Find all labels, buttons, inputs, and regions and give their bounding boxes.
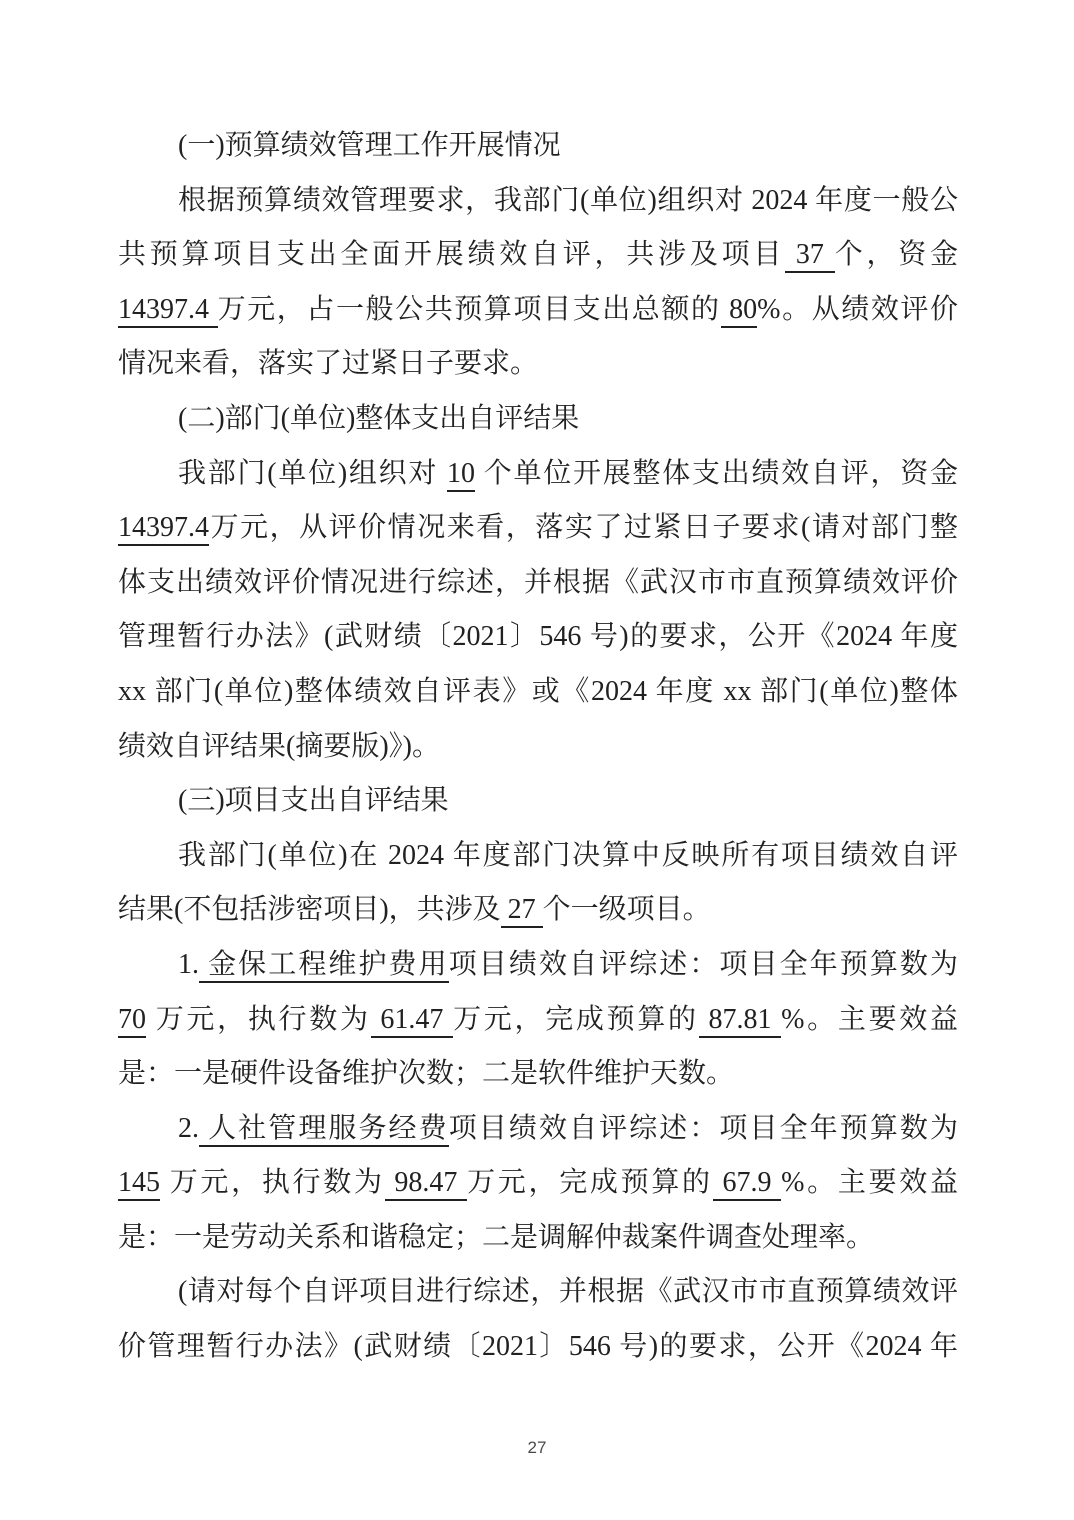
- text-line: 根据预算绩效管理要求，我部门(单位)组织对 2024 年度一般公: [118, 174, 958, 229]
- text-line: (三)项目支出自评结果: [118, 774, 958, 829]
- text-run: 是：一是硬件设备维护次数；二是软件维护天数。: [118, 1058, 734, 1089]
- text-line: (请对每个自评项目进行综述，并根据《武汉市市直预算绩效评: [118, 1265, 958, 1320]
- text-line: 体支出绩效评价情况进行综述，并根据《武汉市市直预算绩效评价: [118, 556, 958, 611]
- text-run: 结果(不包括涉密项目)，共涉及: [118, 894, 501, 925]
- underlined-value: 27: [501, 894, 543, 928]
- text-run: 2.: [178, 1113, 199, 1144]
- text-run: 万元，完成预算的: [453, 1004, 699, 1035]
- text-line: 绩效自评结果(摘要版)》)。: [118, 720, 958, 775]
- underlined-value: 67.9: [713, 1167, 781, 1201]
- text-run: %。从绩效评价: [757, 294, 958, 325]
- text-line: 70 万元，执行数为 61.47 万元，完成预算的 87.81 %。主要效益: [118, 993, 958, 1048]
- text-line: 145 万元，执行数为 98.47 万元，完成预算的 67.9 %。主要效益: [118, 1156, 958, 1211]
- text-line: 价管理暂行办法》(武财绩〔2021〕546 号)的要求，公开《2024 年: [118, 1320, 958, 1375]
- text-run: 是：一是劳动关系和谐稳定；二是调解仲裁案件调查处理率。: [118, 1222, 874, 1253]
- text-line: 是：一是劳动关系和谐稳定；二是调解仲裁案件调查处理率。: [118, 1211, 958, 1266]
- underlined-value: 金保工程维护费用: [199, 949, 449, 983]
- text-run: 情况来看，落实了过紧日子要求。: [118, 348, 538, 379]
- text-run: 万元，执行数为: [160, 1167, 385, 1198]
- document-content: (一)预算绩效管理工作开展情况根据预算绩效管理要求，我部门(单位)组织对 202…: [118, 119, 958, 1375]
- text-line: (一)预算绩效管理工作开展情况: [118, 119, 958, 174]
- text-run: 共预算项目支出全面开展绩效自评，共涉及项目: [118, 239, 785, 270]
- text-line: xx 部门(单位)整体绩效自评表》或《2024 年度 xx 部门(单位)整体: [118, 665, 958, 720]
- text-line: 我部门(单位)组织对 10 个单位开展整体支出绩效自评，资金: [118, 447, 958, 502]
- text-run: 体支出绩效评价情况进行综述，并根据《武汉市市直预算绩效评价: [118, 567, 958, 598]
- text-run: 管理暂行办法》(武财绩〔2021〕546 号)的要求，公开《2024 年度: [118, 621, 958, 652]
- text-run: 个，资金: [835, 239, 958, 270]
- text-line: 我部门(单位)在 2024 年度部门决算中反映所有项目绩效自评: [118, 829, 958, 884]
- text-line: 是：一是硬件设备维护次数；二是软件维护天数。: [118, 1047, 958, 1102]
- text-run: xx 部门(单位)整体绩效自评表》或《2024 年度 xx 部门(单位)整体: [118, 676, 958, 707]
- text-line: 结果(不包括涉密项目)，共涉及 27 个一级项目。: [118, 883, 958, 938]
- text-run: (一)预算绩效管理工作开展情况: [178, 130, 561, 161]
- text-line: 14397.4 万元，占一般公共预算项目支出总额的 80%。从绩效评价: [118, 283, 958, 338]
- underlined-value: 14397.4: [118, 294, 218, 328]
- text-run: 个单位开展整体支出绩效自评，资金: [475, 458, 958, 489]
- underlined-value: 145: [118, 1167, 160, 1201]
- text-line: 2. 人社管理服务经费项目绩效自评综述：项目全年预算数为: [118, 1102, 958, 1157]
- underlined-value: 37: [785, 239, 835, 273]
- text-run: %。主要效益: [781, 1004, 958, 1035]
- text-run: 万元，完成预算的: [467, 1167, 713, 1198]
- text-line: 管理暂行办法》(武财绩〔2021〕546 号)的要求，公开《2024 年度: [118, 610, 958, 665]
- text-run: 万元，执行数为: [146, 1004, 371, 1035]
- underlined-value: 61.47: [371, 1004, 453, 1038]
- underlined-value: 人社管理服务经费: [199, 1113, 449, 1147]
- text-run: 1.: [178, 949, 199, 980]
- text-line: 14397.4万元，从评价情况来看，落实了过紧日子要求(请对部门整: [118, 501, 958, 556]
- text-run: 项目绩效自评综述：项目全年预算数为: [449, 949, 958, 980]
- text-run: 我部门(单位)组织对: [178, 458, 447, 489]
- text-run: (三)项目支出自评结果: [178, 785, 449, 816]
- text-run: %。主要效益: [781, 1167, 958, 1198]
- underlined-value: 80: [721, 294, 758, 328]
- underlined-value: 98.47: [385, 1167, 467, 1201]
- text-run: 项目绩效自评综述：项目全年预算数为: [449, 1113, 958, 1144]
- text-run: 个一级项目。: [543, 894, 711, 925]
- text-run: 我部门(单位)在 2024 年度部门决算中反映所有项目绩效自评: [178, 840, 958, 871]
- text-line: 1. 金保工程维护费用项目绩效自评综述：项目全年预算数为: [118, 938, 958, 993]
- text-line: 共预算项目支出全面开展绩效自评，共涉及项目 37 个，资金: [118, 228, 958, 283]
- text-run: (二)部门(单位)整体支出自评结果: [178, 403, 579, 434]
- text-line: (二)部门(单位)整体支出自评结果: [118, 392, 958, 447]
- underlined-value: 70: [118, 1004, 146, 1038]
- text-run: 绩效自评结果(摘要版)》)。: [118, 731, 440, 762]
- text-run: 价管理暂行办法》(武财绩〔2021〕546 号)的要求，公开《2024 年: [118, 1331, 958, 1362]
- underlined-value: 10: [447, 458, 475, 492]
- text-line: 情况来看，落实了过紧日子要求。: [118, 337, 958, 392]
- page-number: 27: [0, 1438, 1074, 1458]
- text-run: 万元，从评价情况来看，落实了过紧日子要求(请对部门整: [209, 512, 958, 543]
- underlined-value: 87.81: [699, 1004, 781, 1038]
- text-run: (请对每个自评项目进行综述，并根据《武汉市市直预算绩效评: [178, 1276, 958, 1307]
- document-page: (一)预算绩效管理工作开展情况根据预算绩效管理要求，我部门(单位)组织对 202…: [0, 0, 1074, 1520]
- text-run: 万元，占一般公共预算项目支出总额的: [218, 294, 721, 325]
- text-run: 根据预算绩效管理要求，我部门(单位)组织对 2024 年度一般公: [178, 185, 958, 216]
- underlined-value: 14397.4: [118, 512, 209, 546]
